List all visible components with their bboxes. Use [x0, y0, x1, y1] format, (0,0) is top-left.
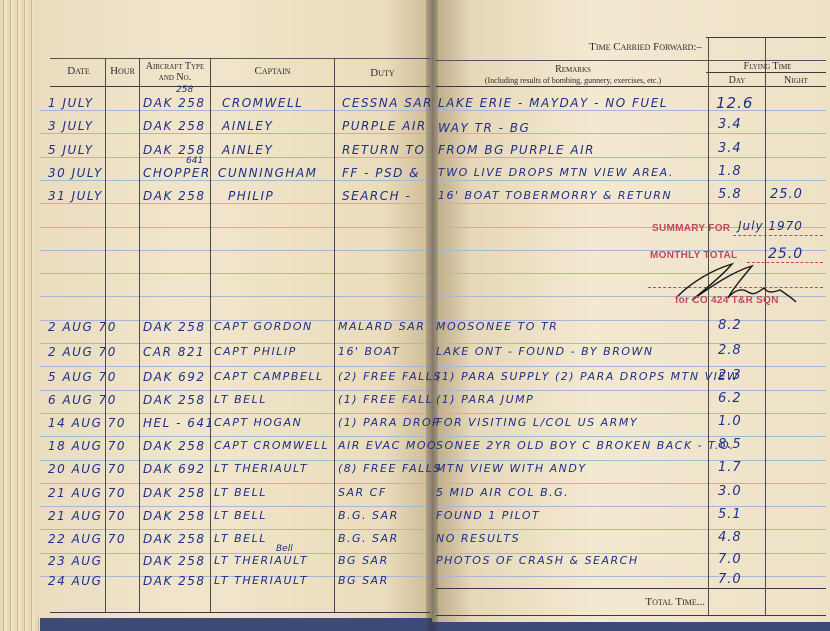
entry-date: 21 Aug 70	[48, 509, 126, 523]
entry-remarks: way TR - BG	[438, 121, 530, 135]
ruled-line	[40, 203, 430, 204]
time-carried-forward-label: Time Carried Forward:–	[470, 42, 702, 53]
ruled-line	[436, 576, 826, 577]
entry-aircraft: Chopper	[143, 166, 211, 180]
ruled-line	[40, 296, 430, 297]
left-page	[34, 0, 432, 618]
entry-aircraft: Dak 258	[143, 96, 206, 110]
entry-date: 5 July	[48, 143, 94, 157]
entry-date: 1 July	[48, 96, 94, 110]
entry-day-time: 6.2	[718, 391, 742, 406]
entry-captain: Lt Theriault	[214, 574, 308, 587]
ruled-line	[436, 110, 826, 111]
entry-duty: (1) Free Fall	[338, 393, 433, 406]
header-flying-time: Flying Time	[709, 61, 826, 72]
entry-day-time: 8.5	[718, 437, 742, 452]
entry-day-time: 3.4	[718, 141, 742, 156]
entry-remarks: Lake Ont - Found - by Brown	[436, 345, 654, 358]
entry-day-time: 3.4	[718, 117, 742, 132]
header-date: Date	[52, 66, 105, 77]
entry-duty: SAR CF	[338, 486, 387, 499]
entry-date: 14 Aug 70	[48, 416, 126, 430]
entry-date: 2 Aug 70	[48, 345, 117, 359]
book-spine-shadow	[426, 0, 438, 631]
entry-duty: Malard SAR	[338, 320, 425, 333]
col-divider-aircraft-captain	[210, 58, 211, 612]
ruled-line	[436, 180, 826, 181]
open-logbook: Time Carried Forward:– Date Hour Aircraf…	[0, 0, 830, 631]
ruled-line	[436, 203, 826, 204]
header-duty: Duty	[335, 68, 430, 79]
flying-time-subrule	[706, 72, 826, 73]
monthly-total-value: 25.0	[768, 246, 803, 262]
entry-remarks: Two Live Drops Mtn View Area.	[438, 166, 674, 179]
ruled-line	[40, 250, 430, 251]
col-divider-hour-aircraft	[139, 58, 140, 612]
entry-day-time: 4.8	[718, 530, 742, 545]
header-top-rule-left	[50, 58, 430, 59]
col-divider-remarks-day	[708, 37, 709, 615]
footer-rule-left	[50, 612, 430, 613]
entry-date: 20 Aug 70	[48, 462, 126, 476]
header-day: Day	[709, 75, 765, 86]
entry-aircraft: Dak 258	[143, 486, 206, 500]
entry-captain: Capt Gordon	[214, 320, 313, 333]
entry-aircraft: Hel - 641	[143, 416, 215, 430]
entry-day-time: 3.0	[718, 484, 742, 499]
ruled-line	[40, 366, 430, 367]
entry-remarks: Mtn View with Andy	[436, 462, 587, 475]
entry-remarks: sonee 2yr Old Boy c Broken Back - T.O.	[436, 439, 735, 452]
signature-block-text: for CO 424 T&R SQN	[675, 295, 779, 306]
ruled-line	[436, 366, 826, 367]
entry-captain: Cunningham	[218, 166, 318, 180]
entry-day-time: 1.7	[718, 460, 742, 475]
ruled-line	[40, 180, 430, 181]
entry-duty: BG SAR	[338, 574, 389, 587]
entry-remarks: (1) Para Jump	[436, 393, 534, 406]
entry-day-time: 8.2	[718, 318, 742, 333]
entry-duty: (1) Para Drop	[338, 416, 440, 429]
entry-aircraft: Dak 258	[143, 189, 206, 203]
footer-rule-upper-right	[436, 588, 826, 589]
entry-captain: Ainley	[222, 143, 273, 157]
header-remarks-subtitle: (Including results of bombing, gunnery, …	[440, 75, 706, 86]
entry-day-time: 2.3	[718, 368, 742, 383]
entry-captain: Lt Theriault	[214, 462, 308, 475]
ruled-line	[436, 436, 826, 437]
entry-remarks: From BG Purple Air	[438, 143, 595, 157]
entry-duty: Search -	[342, 189, 411, 203]
entry-captain: Capt Philip	[214, 345, 297, 358]
entry-aircraft-correction: 258	[176, 85, 193, 95]
summary-for-value: July 1970	[738, 219, 803, 233]
ruled-line	[40, 506, 430, 507]
header-bottom-rule-left	[50, 86, 430, 87]
entry-duty: Return To	[342, 143, 425, 157]
entry-captain: Capt Cromwell	[214, 439, 329, 452]
entry-aircraft: Dak 692	[143, 370, 206, 384]
entry-duty: Purple Air	[342, 119, 427, 133]
entry-captain: Ainley	[222, 119, 273, 133]
ruled-line	[40, 483, 430, 484]
entry-aircraft: Dak 692	[143, 462, 206, 476]
entry-remarks: 16' Boat Tobermorry & Return	[438, 189, 672, 202]
entry-aircraft: Dak 258	[143, 143, 206, 157]
summary-for-dotted-line	[733, 235, 823, 236]
entry-day-time: 5.8	[718, 187, 742, 202]
entry-aircraft: Dak 258	[143, 439, 206, 453]
ruled-line	[436, 157, 826, 158]
ruled-line	[40, 460, 430, 461]
entry-aircraft: Car 821	[143, 345, 205, 359]
entry-captain: Lt Bell	[214, 486, 267, 499]
carried-forward-box-top	[706, 37, 826, 38]
entry-remarks: (1) Para Supply (2) Para Drops Mtn View	[436, 370, 739, 383]
entry-remarks: Found 1 Pilot	[436, 509, 540, 522]
entry-remarks: Lake Erie - Mayday - No Fuel	[438, 96, 668, 110]
entry-aircraft: Dak 258	[143, 532, 206, 546]
ruled-line	[436, 506, 826, 507]
ruled-line	[436, 413, 826, 414]
header-night: Night	[766, 75, 826, 86]
ruled-line	[40, 273, 430, 274]
entry-captain: Philip	[228, 189, 274, 203]
entry-date: 2 Aug 70	[48, 320, 117, 334]
entry-remarks: Moosonee To TR	[436, 320, 558, 333]
entry-duty: B.G. SAR	[338, 532, 399, 545]
entry-captain: Capt Hogan	[214, 416, 302, 429]
ruled-line	[40, 133, 430, 134]
entry-captain: Capt Campbell	[214, 370, 324, 383]
entry-date: 6 Aug 70	[48, 393, 117, 407]
entry-aircraft: Dak 258	[143, 574, 206, 588]
total-time-label: Total Time...	[560, 597, 705, 608]
col-divider-date-hour	[105, 58, 106, 612]
ruled-line	[436, 460, 826, 461]
ruled-line	[40, 436, 430, 437]
entry-captain-correction: Bell	[276, 544, 293, 554]
entry-day-time: 2.8	[718, 343, 742, 358]
entry-captain: Cromwell	[222, 96, 303, 110]
ruled-line	[436, 390, 826, 391]
entry-remarks: No Results	[436, 532, 520, 545]
entry-day-time: 7.0	[718, 552, 742, 567]
ruled-line	[436, 483, 826, 484]
entry-duty: 16' Boat	[338, 345, 400, 358]
ruled-line	[40, 227, 430, 228]
monthly-total-label: MONTHLY TOTAL	[650, 250, 737, 261]
entry-remarks: 5 Mid Air Col B.G.	[436, 486, 569, 499]
entry-aircraft: Dak 258	[143, 554, 206, 568]
header-captain: Captain	[211, 66, 334, 77]
entry-duty: B.G. SAR	[338, 509, 399, 522]
entry-date: 30 July	[48, 166, 103, 180]
entry-captain: Lt Bell	[214, 509, 267, 522]
entry-day-time: 7.0	[718, 572, 742, 587]
entry-date: 3 July	[48, 119, 94, 133]
entry-duty: FF - PSD &	[342, 166, 420, 180]
header-bottom-rule-right	[436, 86, 826, 87]
entry-day-time: 1.0	[718, 414, 742, 429]
entry-duty: BG SAR	[338, 554, 389, 567]
entry-aircraft-tail-number: 641	[186, 156, 203, 166]
ruled-line	[40, 390, 430, 391]
ruled-line	[40, 413, 430, 414]
entry-duty: Cessna SAR	[342, 96, 433, 110]
entry-aircraft: Dak 258	[143, 320, 206, 334]
entry-night-time: 25.0	[770, 187, 803, 202]
entry-date: 21 Aug 70	[48, 486, 126, 500]
header-aircraft: Aircraft Type and No.	[140, 61, 210, 83]
entry-day-time: 5.1	[718, 507, 742, 522]
entry-date: 23 Aug	[48, 554, 102, 568]
entry-remarks: For Visiting L/Col US Army	[436, 416, 638, 429]
entry-captain: Lt Bell	[214, 393, 267, 406]
entry-remarks: Photos of Crash & Search	[436, 554, 639, 567]
entry-day-time: 12.6	[716, 94, 753, 112]
entry-date: 18 Aug 70	[48, 439, 126, 453]
entry-captain: Lt Theriault	[214, 554, 308, 567]
header-remarks: Remarks	[440, 64, 706, 75]
entry-duty: Air Evac Moo	[338, 439, 437, 452]
col-divider-day-night	[765, 37, 766, 615]
ruled-line	[40, 343, 430, 344]
entry-aircraft: Dak 258	[143, 393, 206, 407]
ruled-line	[436, 343, 826, 344]
footer-rule-lower-right	[436, 615, 826, 616]
ruled-line	[40, 157, 430, 158]
entry-aircraft: Dak 258	[143, 119, 206, 133]
entry-date: 5 Aug 70	[48, 370, 117, 384]
entry-aircraft: Dak 258	[143, 509, 206, 523]
entry-date: 22 Aug 70	[48, 532, 126, 546]
entry-captain: Lt Bell	[214, 532, 267, 545]
ruled-line	[40, 110, 430, 111]
header-hour: Hour	[106, 66, 139, 77]
ruled-line	[436, 529, 826, 530]
entry-date: 31 July	[48, 189, 103, 203]
entry-date: 24 Aug	[48, 574, 102, 588]
entry-day-time: 1.8	[718, 164, 742, 179]
ruled-line	[40, 529, 430, 530]
summary-for-label: SUMMARY FOR	[652, 223, 730, 234]
col-divider-captain-duty	[334, 58, 335, 612]
